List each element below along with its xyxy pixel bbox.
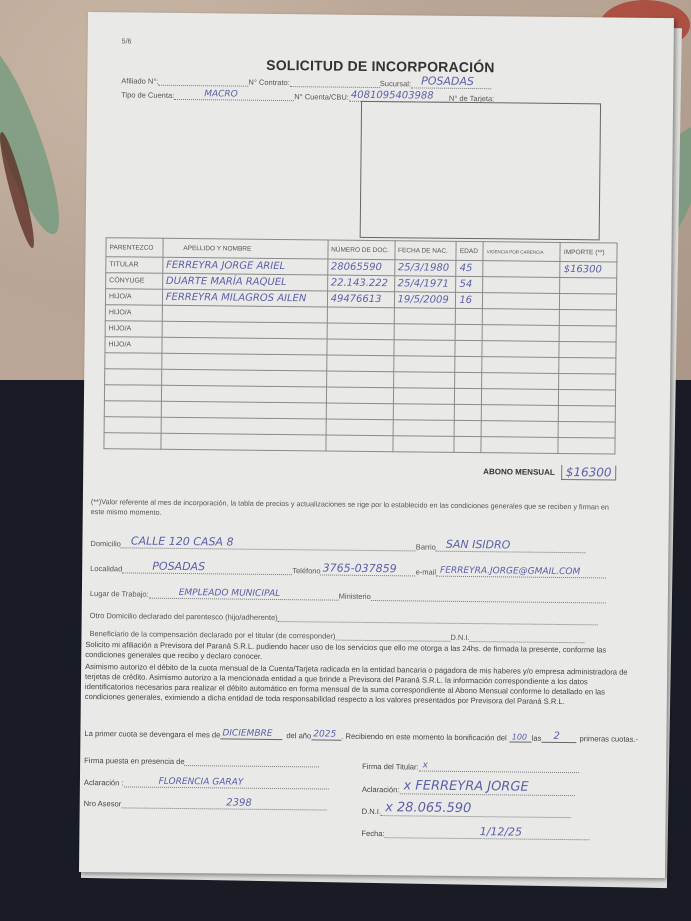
cell-vigencia[interactable]	[483, 261, 560, 278]
cell-parentezco: CÓNYUGE	[106, 273, 163, 290]
family-table: PARENTEZCO APELLIDO Y NOMBRE NÚMERO DE D…	[103, 237, 617, 454]
cuota-prefix: La primer cuota se devengara el mes de	[84, 729, 220, 739]
contrato-label: N° Contrato:	[248, 78, 289, 87]
telefono-field[interactable]: 3765-037859	[321, 564, 416, 576]
cell-edad[interactable]	[455, 324, 482, 340]
afiliado-label: Afiliado N°:	[121, 76, 158, 85]
price-note: (**)Valor referente al mes de incorporac…	[91, 497, 621, 523]
cuota-cantidad-field[interactable]: 2	[541, 732, 576, 743]
fecha-label: Fecha:	[361, 829, 384, 838]
cell-vigencia[interactable]	[482, 405, 559, 422]
firma-titular-field[interactable]: x	[419, 761, 579, 774]
cell-importe[interactable]	[559, 325, 616, 342]
fecha-field[interactable]: 1/12/25	[385, 827, 590, 840]
cell-parentezco	[104, 417, 161, 434]
cell-fecha[interactable]: 25/3/1980	[394, 260, 456, 277]
cell-fecha[interactable]	[392, 436, 454, 453]
cell-nombre[interactable]	[162, 337, 327, 355]
cell-edad[interactable]	[455, 372, 482, 388]
cell-fecha[interactable]	[393, 372, 455, 389]
beneficiario-dni-field[interactable]	[470, 631, 585, 643]
abono-mensual: ABONO MENSUAL $16300	[483, 464, 617, 480]
cell-fecha[interactable]	[394, 308, 456, 325]
aclaracion-asesor-field[interactable]: FLORENCIA GARAY	[124, 776, 329, 789]
cell-importe[interactable]	[558, 437, 615, 454]
firma-presencia-label: Firma puesta en presencia de	[84, 756, 185, 766]
cell-importe[interactable]	[560, 277, 617, 294]
otro-domicilio-row: Otro Domicilio declarado del parentesco …	[90, 609, 598, 625]
cell-parentezco: HIJO/A	[105, 305, 162, 322]
cell-edad[interactable]	[456, 308, 483, 324]
cell-importe[interactable]	[560, 293, 617, 310]
cell-vigencia[interactable]	[481, 421, 558, 438]
barrio-label: Barrio	[416, 542, 436, 551]
otro-domicilio-field[interactable]	[278, 611, 598, 625]
cell-edad[interactable]: 16	[456, 292, 483, 308]
trabajo-row: Lugar de Trabajo: EMPLEADO MUNICIPAL Min…	[90, 587, 606, 603]
domicilio-row: Domicilio CALLE 120 CASA 8 Barrio SAN IS…	[90, 537, 586, 553]
cell-edad[interactable]: 54	[456, 276, 483, 292]
cell-parentezco	[105, 369, 162, 386]
localidad-row: Localidad POSADAS Teléfono 3765-037859 e…	[90, 562, 606, 578]
cell-importe[interactable]	[559, 389, 616, 406]
firma-presencia-row: Firma puesta en presencia de	[84, 754, 320, 767]
cuota-bonif-field[interactable]: 100	[510, 731, 532, 742]
cell-vigencia[interactable]	[482, 325, 559, 342]
beneficiario-dni-label: D.N.I.	[450, 633, 469, 642]
cuota-bonif-label: . Recibiendo en este momento la bonifica…	[341, 732, 507, 743]
cell-doc[interactable]	[327, 339, 394, 356]
cell-edad[interactable]	[455, 340, 482, 356]
cell-doc[interactable]: 49476613	[327, 291, 394, 308]
beneficiario-field[interactable]	[335, 630, 450, 642]
cell-parentezco: HIJO/A	[105, 321, 162, 338]
domicilio-field[interactable]: CALLE 120 CASA 8	[121, 537, 416, 551]
cell-doc[interactable]: 22.143.222	[327, 275, 394, 292]
beneficiario-label: Beneficiario de la compensación declarad…	[89, 629, 335, 641]
cell-nombre[interactable]	[162, 305, 327, 323]
ministerio-field[interactable]	[371, 590, 606, 603]
nro-asesor-row: Nro Asesor 2398	[84, 797, 327, 811]
col-fecha: FECHA DE NAC.	[394, 241, 456, 261]
col-nombre: APELLIDO Y NOMBRE	[163, 238, 328, 259]
cell-doc[interactable]	[326, 387, 393, 404]
cell-nombre[interactable]	[161, 417, 326, 435]
lugar-trabajo-field[interactable]: EMPLEADO MUNICIPAL	[149, 588, 339, 601]
cell-parentezco: TITULAR	[106, 257, 163, 274]
debito-paragraph: Asimismo autorizo el débito de la cuota …	[85, 662, 630, 708]
cell-vigencia[interactable]	[482, 389, 559, 406]
cell-nombre[interactable]: DUARTE MARÍA RAQUEL	[162, 273, 327, 291]
sucursal-field[interactable]: POSADAS	[411, 77, 491, 89]
cell-edad[interactable]	[454, 420, 481, 436]
page-number: 5/6	[122, 38, 132, 45]
col-parentezco: PARENTEZCO	[106, 238, 163, 258]
photo-box	[360, 101, 601, 241]
cell-fecha[interactable]: 25/4/1971	[394, 276, 456, 293]
nro-asesor-label: Nro Asesor	[84, 799, 122, 808]
cell-doc[interactable]	[326, 435, 393, 452]
cuota-mes-field[interactable]: DICIEMBRE	[220, 728, 282, 740]
cell-vigencia[interactable]	[482, 373, 559, 390]
cuota-anio-label: del año	[286, 731, 311, 740]
aclaracion-titular-field[interactable]: x FERREYRA JORGE	[399, 783, 574, 796]
cell-fecha[interactable]	[393, 404, 455, 421]
cell-edad[interactable]	[454, 436, 481, 452]
header-row-1: Afiliado N°: N° Contrato: Sucursal: POSA…	[121, 74, 491, 89]
cell-vigencia[interactable]	[483, 293, 560, 310]
cell-vigencia[interactable]	[482, 341, 559, 358]
cell-vigencia[interactable]	[483, 309, 560, 326]
aclaracion-titular-label: Aclaración:	[362, 785, 400, 794]
cell-parentezco: HIJO/A	[105, 337, 162, 354]
cuota-row: La primer cuota se devengara el mes de D…	[84, 727, 638, 744]
cell-doc[interactable]	[326, 403, 393, 420]
cuenta-cbu-label: N° Cuenta/CBU:	[294, 92, 349, 102]
domicilio-label: Domicilio	[90, 539, 121, 548]
cell-importe[interactable]: $16300	[560, 261, 617, 278]
aclaracion-asesor-row: Aclaración : FLORENCIA GARAY	[84, 776, 329, 790]
aclaracion-asesor-label: Aclaración :	[84, 778, 124, 787]
cell-doc[interactable]: 28065590	[327, 259, 394, 276]
cell-edad[interactable]	[455, 356, 482, 372]
col-doc: NÚMERO DE DOC.	[328, 240, 395, 260]
cell-vigencia[interactable]	[482, 357, 559, 374]
cuota-anio-field[interactable]: 2025	[311, 729, 341, 740]
cell-fecha[interactable]	[393, 356, 455, 373]
otro-domicilio-label: Otro Domicilio declarado del parentesco …	[90, 611, 278, 622]
cell-importe[interactable]	[558, 421, 615, 438]
barrio-field[interactable]: SAN ISIDRO	[436, 541, 586, 554]
fecha-row: Fecha: 1/12/25	[361, 827, 589, 840]
cuota-las-label: las	[532, 734, 542, 743]
cell-nombre[interactable]	[161, 401, 326, 419]
cell-nombre[interactable]: FERREYRA MILAGROS AILEN	[162, 289, 327, 307]
cell-fecha[interactable]: 19/5/2009	[394, 292, 456, 309]
cell-parentezco	[104, 385, 161, 402]
cell-doc[interactable]	[327, 323, 394, 340]
cell-nombre[interactable]	[161, 433, 326, 451]
cell-doc[interactable]	[327, 307, 394, 324]
localidad-field[interactable]: POSADAS	[122, 562, 292, 575]
abono-mensual-label: ABONO MENSUAL	[483, 467, 555, 477]
cell-parentezco	[105, 353, 162, 370]
cell-fecha[interactable]	[393, 420, 455, 437]
firma-presencia-field[interactable]	[185, 755, 320, 767]
cell-importe[interactable]	[560, 309, 617, 326]
cell-doc[interactable]	[326, 419, 393, 436]
abono-mensual-value[interactable]: $16300	[561, 465, 617, 481]
sucursal-label: Sucursal:	[380, 79, 411, 88]
cell-parentezco: HIJO/A	[105, 289, 162, 306]
firma-titular-label: Firma del Titular:	[362, 762, 419, 772]
lugar-trabajo-label: Lugar de Trabajo:	[90, 589, 149, 599]
cell-fecha[interactable]	[393, 388, 455, 405]
tipo-cuenta-field[interactable]: MACRO	[174, 89, 294, 101]
cell-importe[interactable]	[559, 357, 616, 374]
telefono-label: Teléfono	[292, 566, 320, 575]
contrato-field[interactable]	[290, 76, 380, 88]
cell-vigencia[interactable]	[483, 277, 560, 294]
cell-nombre[interactable]	[161, 385, 326, 403]
afiliacion-paragraph: Solicito mi afiliación a Previsora del P…	[85, 640, 630, 666]
dni-titular-label: D.N.I.	[362, 807, 382, 816]
cuota-suffix: primeras cuotas.-	[579, 734, 638, 744]
dni-titular-row: D.N.I. x 28.065.590	[362, 805, 572, 818]
cell-nombre[interactable]	[162, 321, 327, 339]
cell-parentezco	[104, 433, 161, 450]
afiliado-field[interactable]	[158, 75, 248, 87]
localidad-label: Localidad	[90, 564, 122, 573]
cell-edad[interactable]	[455, 404, 482, 420]
application-form-page: 5/6 SOLICITUD DE INCORPORACIÓN Afiliado …	[79, 12, 674, 878]
cell-edad[interactable]	[455, 388, 482, 404]
cell-fecha[interactable]	[394, 324, 456, 341]
firma-titular-row: Firma del Titular: x	[362, 760, 579, 773]
email-label: e-mail	[416, 567, 437, 576]
dni-titular-field[interactable]: x 28.065.590	[381, 805, 571, 818]
form-title: SOLICITUD DE INCORPORACIÓN	[87, 55, 673, 77]
cell-importe[interactable]	[559, 373, 616, 390]
col-vigencia: VIGENCIA POR CARENCIA	[483, 242, 560, 262]
email-field[interactable]: FERREYRA.JORGE@GMAIL.COM	[436, 566, 606, 579]
tipo-cuenta-label: Tipo de Cuenta:	[121, 90, 174, 100]
cell-parentezco	[104, 401, 161, 418]
cell-nombre[interactable]: FERREYRA JORGE ARIEL	[163, 257, 328, 275]
ministerio-label: Ministerio	[339, 592, 371, 601]
cell-doc[interactable]	[326, 371, 393, 388]
col-edad: EDAD	[456, 241, 483, 260]
cell-doc[interactable]	[326, 355, 393, 372]
cell-importe[interactable]	[559, 405, 616, 422]
cell-nombre[interactable]	[161, 369, 326, 387]
cell-edad[interactable]: 45	[456, 260, 483, 276]
nro-asesor-field[interactable]: 2398	[121, 797, 326, 810]
cell-vigencia[interactable]	[481, 437, 558, 454]
cell-nombre[interactable]	[162, 353, 327, 371]
aclaracion-titular-row: Aclaración: x FERREYRA JORGE	[362, 783, 575, 796]
cell-importe[interactable]	[559, 341, 616, 358]
cell-fecha[interactable]	[393, 340, 455, 357]
col-importe: IMPORTE (**)	[560, 242, 617, 262]
